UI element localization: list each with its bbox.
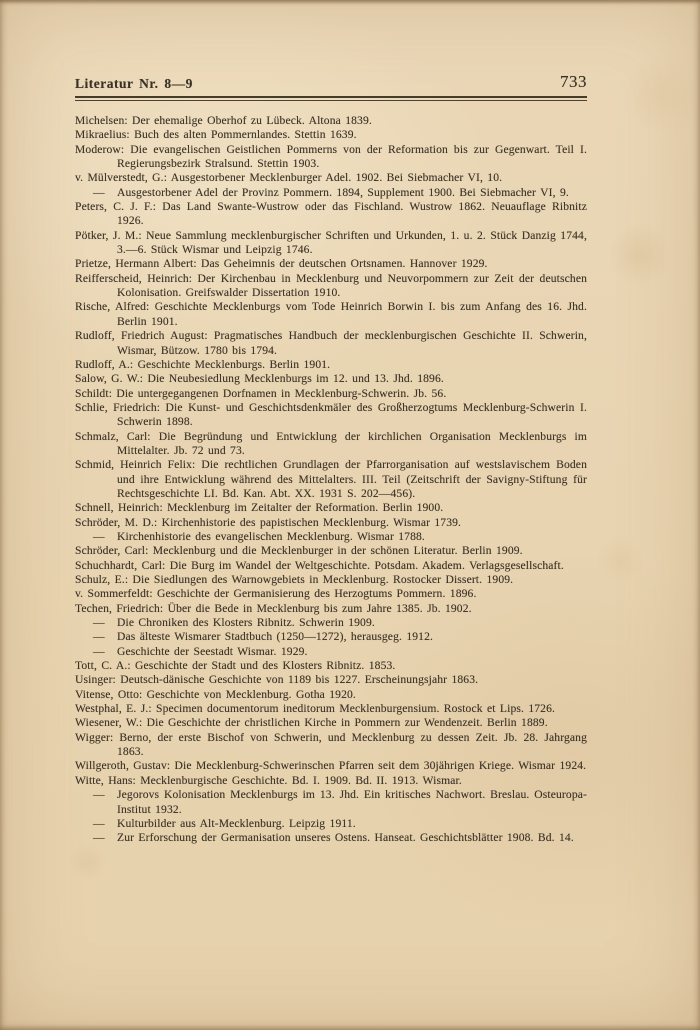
same-author-dash: — [93,831,117,845]
same-author-dash: — [93,616,117,630]
bibliography-entry: v. Mülverstedt, G.: Ausgestorbener Meckl… [75,171,587,185]
bibliography-entry: v. Sommerfeldt: Geschichte der Germanisi… [75,587,587,601]
bibliography-entry: —Jegorovs Kolonisation Mecklenburgs im 1… [75,788,587,817]
entry-text: Schulz, E.: Die Siedlungen des Warnowgeb… [75,573,513,586]
bibliography-entry: Schildt: Die untergegangenen Dorfnamen i… [75,387,587,401]
entry-text: Tott, C. A.: Geschichte der Stadt und de… [75,659,395,672]
bibliography-entry: Mikraelius: Buch des alten Pommernlandes… [75,128,587,142]
same-author-dash: — [93,645,117,659]
bibliography-entry: Wigger: Berno, der erste Bischof von Sch… [75,731,587,760]
bibliography-entry: Peters, C. J. F.: Das Land Swante-Wustro… [75,200,587,229]
same-author-dash: — [93,788,117,802]
bibliography-entry: Prietze, Hermann Albert: Das Geheimnis d… [75,257,587,271]
entry-text: Wigger: Berno, der erste Bischof von Sch… [75,731,587,758]
page-number: 733 [560,72,587,92]
entry-text: Schnell, Heinrich: Mecklenburg im Zeital… [75,501,443,514]
bibliography-entry: Schnell, Heinrich: Mecklenburg im Zeital… [75,501,587,515]
bibliography-entry: Salow, G. W.: Die Neubesiedlung Mecklenb… [75,372,587,386]
entry-text: Moderow: Die evangelischen Geistlichen P… [75,143,587,170]
entry-text: Mikraelius: Buch des alten Pommernlandes… [75,128,357,141]
bibliography-entry: Schulz, E.: Die Siedlungen des Warnowgeb… [75,573,587,587]
entry-text: Schröder, Carl: Mecklenburg und die Meck… [75,544,523,557]
bibliography-entry: Moderow: Die evangelischen Geistlichen P… [75,143,587,172]
entry-text: Usinger: Deutsch-dänische Geschichte von… [75,673,478,686]
entry-text: Techen, Friedrich: Über die Bede in Meck… [75,602,472,615]
entry-text: Pötker, J. M.: Neue Sammlung mecklenburg… [75,229,587,256]
entry-text: Kulturbilder aus Alt-Mecklenburg. Leipzi… [117,817,356,830]
header-rule [75,96,587,101]
bibliography-entry: Westphal, E. J.: Specimen documentorum i… [75,702,587,716]
text-block: Literatur Nr. 8—9 733 Michelsen: Der ehe… [75,72,587,846]
bibliography-entry: Vitense, Otto: Geschichte von Mecklenbur… [75,688,587,702]
entry-text: v. Mülverstedt, G.: Ausgestorbener Meckl… [75,171,502,184]
entry-text: Das älteste Wismarer Stadtbuch (1250—127… [117,630,433,643]
entry-text: v. Sommerfeldt: Geschichte der Germanisi… [75,587,476,600]
entry-text: Jegorovs Kolonisation Mecklenburgs im 13… [117,788,587,815]
bibliography-entry: Rische, Alfred: Geschichte Mecklenburgs … [75,300,587,329]
entry-text: Witte, Hans: Mecklenburgische Geschichte… [75,774,462,787]
entry-text: Schröder, M. D.: Kirchenhistorie des pap… [75,516,461,529]
bibliography-entry: Pötker, J. M.: Neue Sammlung mecklenburg… [75,229,587,258]
bibliography-entry: —Das älteste Wismarer Stadtbuch (1250—12… [75,630,587,644]
entry-text: Reifferscheid, Heinrich: Der Kirchenbau … [75,272,587,299]
bibliography-entry: Wiesener, W.: Die Geschichte der christl… [75,716,587,730]
bibliography-entry: Usinger: Deutsch-dänische Geschichte von… [75,673,587,687]
entry-text: Vitense, Otto: Geschichte von Mecklenbur… [75,688,356,701]
scanned-page: Literatur Nr. 8—9 733 Michelsen: Der ehe… [0,0,700,1030]
entry-text: Schildt: Die untergegangenen Dorfnamen i… [75,387,446,400]
same-author-dash: — [93,630,117,644]
entry-text: Schmid, Heinrich Felix: Die rechtlichen … [75,458,587,500]
same-author-dash: — [93,817,117,831]
entry-text: Rische, Alfred: Geschichte Mecklenburgs … [75,300,587,327]
same-author-dash: — [93,530,117,544]
entry-text: Rudloff, A.: Geschichte Mecklenburgs. Be… [75,358,330,371]
entry-text: Kirchenhistorie des evangelischen Meckle… [117,530,425,543]
running-header-title: Literatur Nr. 8—9 [75,76,193,92]
entry-text: Zur Erforschung der Germanisation unsere… [117,831,574,844]
bibliography-entry: —Geschichte der Seestadt Wismar. 1929. [75,645,587,659]
bibliography-entry: Schmalz, Carl: Die Begründung und Entwic… [75,430,587,459]
entry-text: Prietze, Hermann Albert: Das Geheimnis d… [75,257,488,270]
bibliography-entry: Schröder, Carl: Mecklenburg und die Meck… [75,544,587,558]
bibliography-entry: —Zur Erforschung der Germanisation unser… [75,831,587,845]
entry-text: Die Chroniken des Klosters Ribnitz. Schw… [117,616,375,629]
bibliography-entry: Schlie, Friedrich: Die Kunst- und Geschi… [75,401,587,430]
bibliography-entry: Michelsen: Der ehemalige Oberhof zu Lübe… [75,114,587,128]
bibliography-list: Michelsen: Der ehemalige Oberhof zu Lübe… [75,114,587,846]
bibliography-entry: —Ausgestorbener Adel der Provinz Pommern… [75,186,587,200]
entry-text: Wiesener, W.: Die Geschichte der christl… [75,716,548,729]
entry-text: Geschichte der Seestadt Wismar. 1929. [117,645,308,658]
entry-text: Willgeroth, Gustav: Die Mecklenburg-Schw… [75,759,586,772]
bibliography-entry: Tott, C. A.: Geschichte der Stadt und de… [75,659,587,673]
bibliography-entry: Schröder, M. D.: Kirchenhistorie des pap… [75,516,587,530]
bibliography-entry: Witte, Hans: Mecklenburgische Geschichte… [75,774,587,788]
bibliography-entry: Reifferscheid, Heinrich: Der Kirchenbau … [75,272,587,301]
entry-text: Schuchhardt, Carl: Die Burg im Wandel de… [75,559,564,572]
bibliography-entry: Rudloff, A.: Geschichte Mecklenburgs. Be… [75,358,587,372]
bibliography-entry: Schmid, Heinrich Felix: Die rechtlichen … [75,458,587,501]
entry-text: Westphal, E. J.: Specimen documentorum i… [75,702,555,715]
entry-text: Michelsen: Der ehemalige Oberhof zu Lübe… [75,114,372,127]
bibliography-entry: Techen, Friedrich: Über die Bede in Meck… [75,602,587,616]
bibliography-entry: —Die Chroniken des Klosters Ribnitz. Sch… [75,616,587,630]
page-header: Literatur Nr. 8—9 733 [75,72,587,92]
entry-text: Schlie, Friedrich: Die Kunst- und Geschi… [75,401,587,428]
same-author-dash: — [93,186,117,200]
bibliography-entry: Willgeroth, Gustav: Die Mecklenburg-Schw… [75,759,587,773]
bibliography-entry: Schuchhardt, Carl: Die Burg im Wandel de… [75,559,587,573]
entry-text: Salow, G. W.: Die Neubesiedlung Mecklenb… [75,372,444,385]
bibliography-entry: —Kirchenhistorie des evangelischen Meckl… [75,530,587,544]
bibliography-entry: —Kulturbilder aus Alt-Mecklenburg. Leipz… [75,817,587,831]
bibliography-entry: Rudloff, Friedrich August: Pragmatisches… [75,329,587,358]
entry-text: Ausgestorbener Adel der Provinz Pommern.… [117,186,569,199]
entry-text: Rudloff, Friedrich August: Pragmatisches… [75,329,587,356]
entry-text: Peters, C. J. F.: Das Land Swante-Wustro… [75,200,587,227]
entry-text: Schmalz, Carl: Die Begründung und Entwic… [75,430,587,457]
